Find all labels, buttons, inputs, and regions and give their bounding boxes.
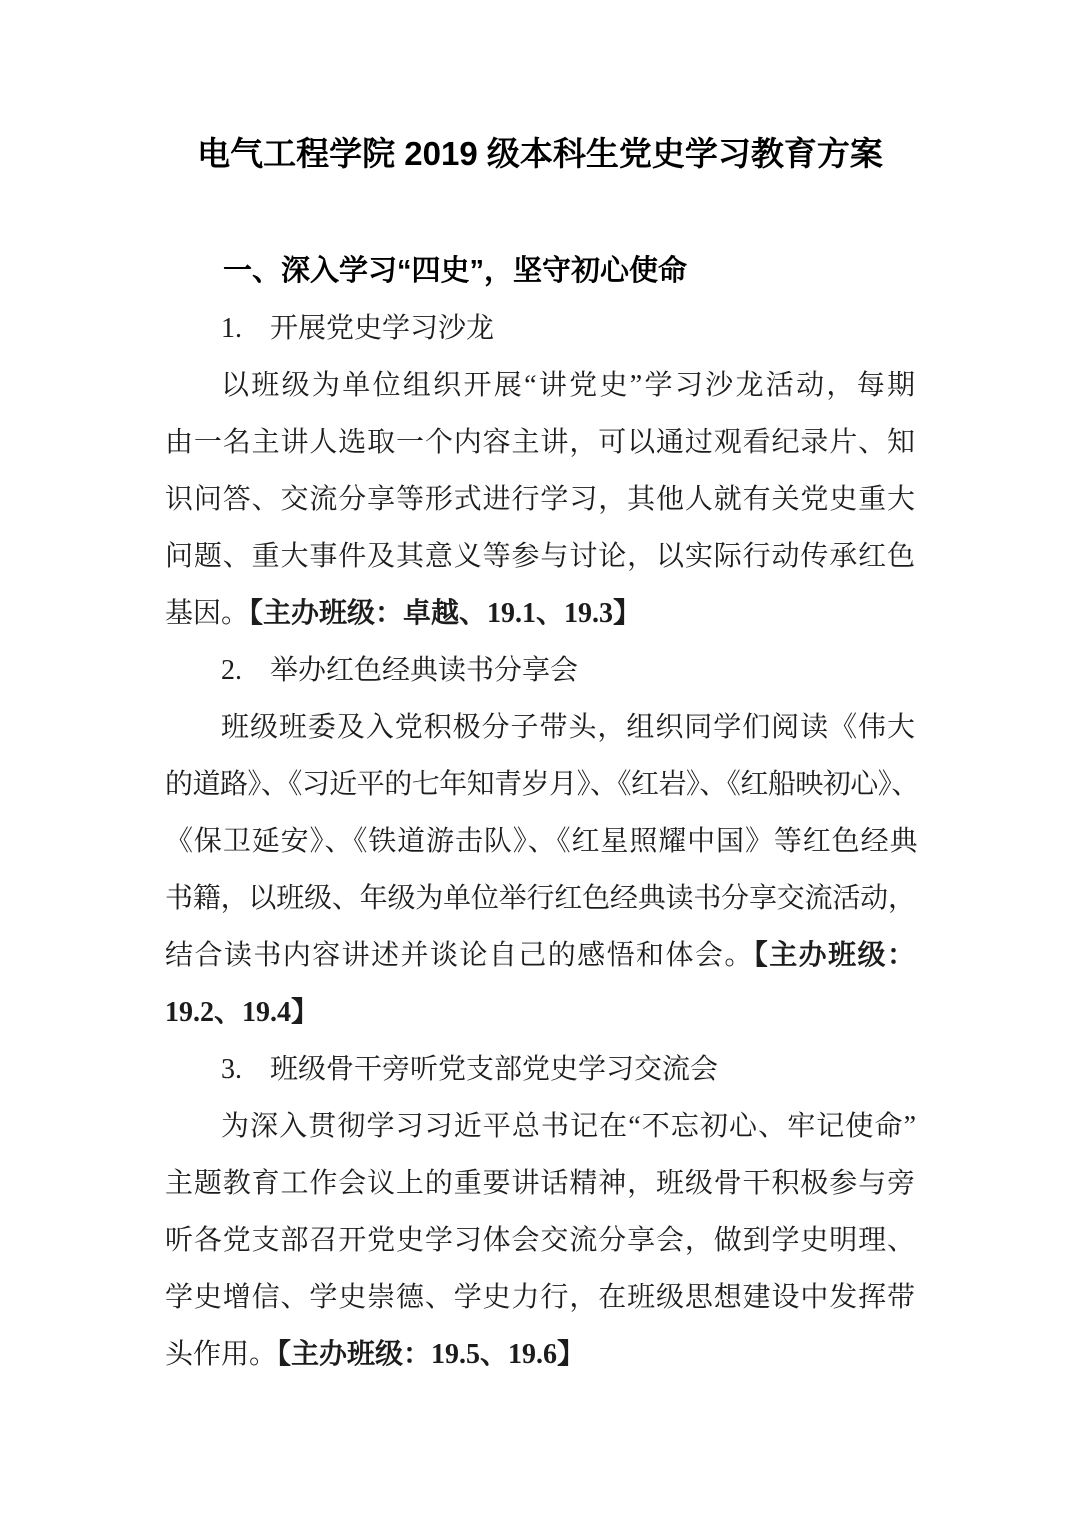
host-class-annotation: 19.2、19.4】 xyxy=(165,997,319,1028)
text-segment: 1. 开展党史学习沙龙 xyxy=(221,313,494,344)
host-class-annotation: 【主办班级： xyxy=(754,940,915,971)
text-segment: 的道路》、《习近平的七年知青岁月》、《红岩》、《红船映初心》、 xyxy=(165,769,915,800)
text-segment: 为深入贯彻学习习近平总书记在“不忘初心、牢记使命” xyxy=(221,1111,915,1142)
text-segment: 书籍，以班级、年级为单位举行红色经典读书分享交流活动， xyxy=(165,883,915,914)
text-line: 书籍，以班级、年级为单位举行红色经典读书分享交流活动， xyxy=(165,870,915,927)
text-line: 基因。【主办班级：卓越、19.1、19.3】 xyxy=(165,585,915,642)
host-class-annotation: 【主办班级：19.5、19.6】 xyxy=(277,1339,585,1370)
text-line: 结合读书内容讲述并谈论自己的感悟和体会。【主办班级： xyxy=(165,927,915,984)
text-segment: 主题教育工作会议上的重要讲话精神，班级骨干积极参与旁 xyxy=(165,1168,915,1199)
list-item-heading: 3. 班级骨干旁听党支部党史学习交流会 xyxy=(165,1041,915,1098)
text-segment: 2. 举办红色经典读书分享会 xyxy=(221,655,578,686)
text-line: 为深入贯彻学习习近平总书记在“不忘初心、牢记使命” xyxy=(165,1098,915,1155)
text-line: 以班级为单位组织开展“讲党史”学习沙龙活动，每期 xyxy=(165,357,915,414)
text-segment: 问题、重大事件及其意义等参与讨论，以实际行动传承红色 xyxy=(165,541,915,572)
text-segment: 听各党支部召开党史学习体会交流分享会，做到学史明理、 xyxy=(165,1225,915,1256)
text-line: 由一名主讲人选取一个内容主讲，可以通过观看纪录片、知 xyxy=(165,414,915,471)
text-line: 听各党支部召开党史学习体会交流分享会，做到学史明理、 xyxy=(165,1212,915,1269)
text-segment: 识问答、交流分享等形式进行学习，其他人就有关党史重大 xyxy=(165,484,915,515)
text-segment: 由一名主讲人选取一个内容主讲，可以通过观看纪录片、知 xyxy=(165,427,915,458)
text-segment: 班级班委及入党积极分子带头，组织同学们阅读《伟大 xyxy=(221,712,915,743)
section-heading: 一、深入学习“四史”，坚守初心使命 xyxy=(165,243,915,300)
text-line: 头作用。【主办班级：19.5、19.6】 xyxy=(165,1326,915,1383)
host-class-annotation: 【主办班级：卓越、19.1、19.3】 xyxy=(249,598,641,629)
document-title: 电气工程学院 2019 级本科生党史学习教育方案 xyxy=(165,131,915,176)
text-line: 19.2、19.4】 xyxy=(165,984,915,1041)
text-line: 问题、重大事件及其意义等参与讨论，以实际行动传承红色 xyxy=(165,528,915,585)
text-line: 识问答、交流分享等形式进行学习，其他人就有关党史重大 xyxy=(165,471,915,528)
text-line: 的道路》、《习近平的七年知青岁月》、《红岩》、《红船映初心》、 xyxy=(165,756,915,813)
text-line: 《保卫延安》、《铁道游击队》、《红星照耀中国》等红色经典 xyxy=(165,813,915,870)
text-segment: 基因。 xyxy=(165,598,249,629)
text-line: 班级班委及入党积极分子带头，组织同学们阅读《伟大 xyxy=(165,699,915,756)
document-page: 电气工程学院 2019 级本科生党史学习教育方案 一、深入学习“四史”，坚守初心… xyxy=(0,0,1080,1528)
text-line: 主题教育工作会议上的重要讲话精神，班级骨干积极参与旁 xyxy=(165,1155,915,1212)
text-segment: 学史增信、学史崇德、学史力行，在班级思想建设中发挥带 xyxy=(165,1282,915,1313)
text-line: 学史增信、学史崇德、学史力行，在班级思想建设中发挥带 xyxy=(165,1269,915,1326)
list-item-heading: 1. 开展党史学习沙龙 xyxy=(165,300,915,357)
document-content: 电气工程学院 2019 级本科生党史学习教育方案 一、深入学习“四史”，坚守初心… xyxy=(165,0,915,1383)
text-segment: 头作用。 xyxy=(165,1339,277,1370)
text-segment: 以班级为单位组织开展“讲党史”学习沙龙活动，每期 xyxy=(221,370,915,401)
list-item-heading: 2. 举办红色经典读书分享会 xyxy=(165,642,915,699)
text-segment: 3. 班级骨干旁听党支部党史学习交流会 xyxy=(221,1054,718,1085)
document-body: 1. 开展党史学习沙龙以班级为单位组织开展“讲党史”学习沙龙活动，每期由一名主讲… xyxy=(165,300,915,1383)
text-segment: 结合读书内容讲述并谈论自己的感悟和体会。 xyxy=(165,940,754,971)
text-segment: 《保卫延安》、《铁道游击队》、《红星照耀中国》等红色经典 xyxy=(165,826,915,857)
